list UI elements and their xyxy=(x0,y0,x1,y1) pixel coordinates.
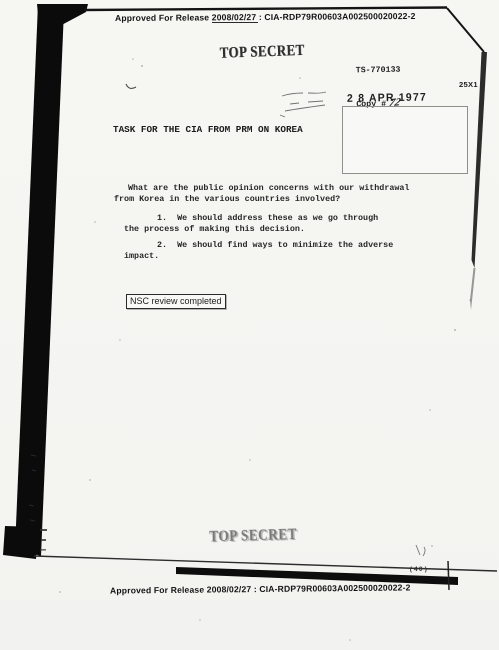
body-line: 1. We should address these as we go thro… xyxy=(157,213,378,223)
top-right-diagonal xyxy=(447,8,484,52)
footer-release-line: Approved For Release 2008/02/27 : CIA-RD… xyxy=(110,582,411,595)
handwritten-annotation xyxy=(280,92,326,117)
edge-tick-3 xyxy=(40,549,46,551)
pen-mark xyxy=(126,84,136,88)
page-edge-band-left xyxy=(15,4,64,556)
document-title: TASK FOR THE CIA FROM PRM ON KOREA xyxy=(113,124,303,135)
redaction-box xyxy=(342,106,468,174)
page-edge-wedge xyxy=(37,4,88,36)
body-line: from Korea in the various countries invo… xyxy=(114,194,340,204)
top-border-line xyxy=(84,8,447,11)
top-secret-stamp-top: TOP SECRET xyxy=(219,43,304,64)
page-edge-streak-fade xyxy=(470,268,476,310)
declass-code: 25X1 xyxy=(459,80,478,89)
date-stamp: 2 8 APR 1977 xyxy=(347,91,427,105)
binding-marks xyxy=(29,455,36,521)
edge-tick-1 xyxy=(40,529,47,531)
bottom-right-tick xyxy=(448,561,449,590)
body-line: the process of making this decision. xyxy=(124,224,305,234)
page-number-mark: (40) xyxy=(409,566,429,573)
body-line: impact. xyxy=(124,251,159,261)
top-secret-stamp-bottom: TOP SECRET xyxy=(209,527,297,547)
body-line: What are the public opinion concerns wit… xyxy=(128,183,409,193)
header-release-line: Approved For Release 2008/02/27 : CIA-RD… xyxy=(115,11,416,23)
nsc-review-note: NSC review completed xyxy=(126,294,226,309)
bottom-left-block xyxy=(3,526,38,559)
scanned-document-page: Approved For Release 2008/02/27 : CIA-RD… xyxy=(0,0,499,650)
body-line: 2. We should find ways to minimize the a… xyxy=(157,240,393,250)
ts-number: TS-770133 xyxy=(356,66,401,77)
edge-tick-2 xyxy=(41,539,46,541)
margin-scribble xyxy=(416,545,425,556)
